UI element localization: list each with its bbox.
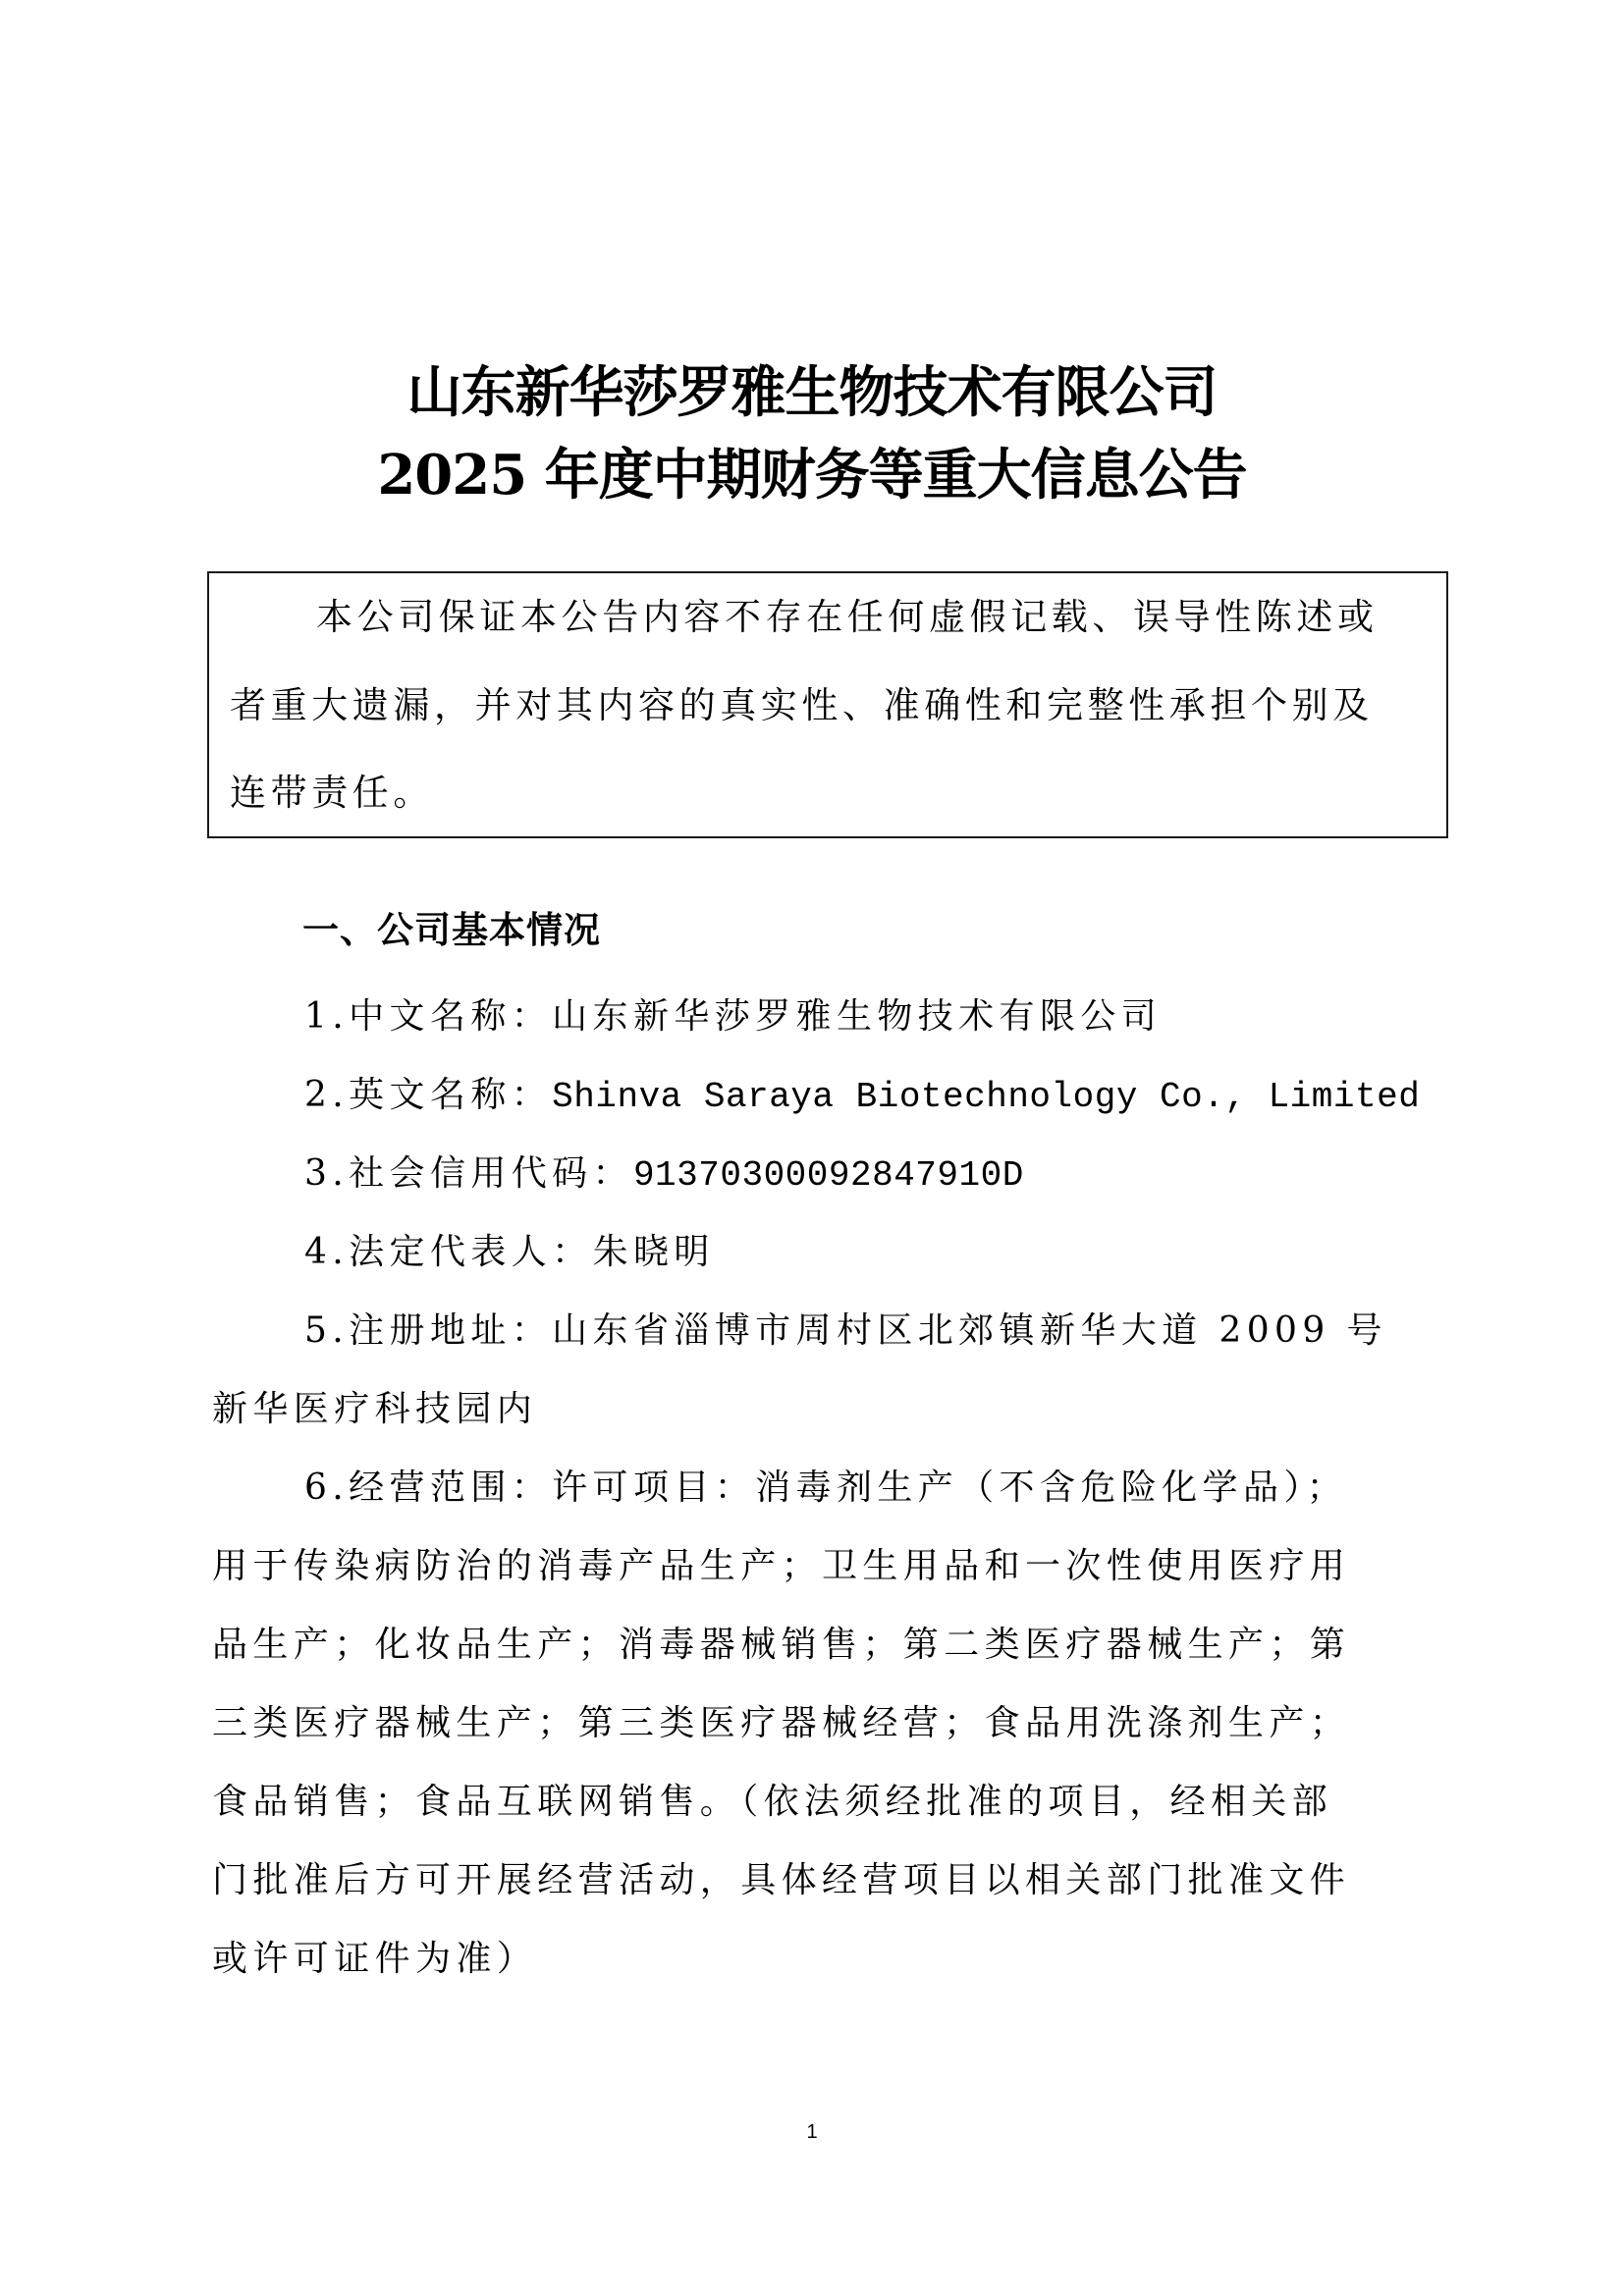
info-item-english-name: 2.英文名称：Shinva Saraya Biotechnology Co., … [304, 1074, 1420, 1119]
item-label: 3.社会信用代码： [304, 1153, 633, 1194]
info-item-chinese-name: 1.中文名称：山东新华莎罗雅生物技术有限公司 [304, 995, 1162, 1039]
disclaimer-line: 者重大遗漏，并对其内容的真实性、准确性和完整性承担个别及 [230, 684, 1374, 727]
item-label: 5.注册地址： [304, 1310, 552, 1351]
item-label: 4.法定代表人： [304, 1232, 593, 1272]
item-label: 6.经营范围： [304, 1468, 552, 1508]
item-value: 许可项目：消毒剂生产（不含危险化学品）； [552, 1468, 1347, 1508]
business-scope-line: 门批准后方可开展经营活动，具体经营项目以相关部门批准文件 [212, 1859, 1350, 1902]
info-item-registered-address-continued: 新华医疗科技园内 [212, 1388, 537, 1431]
business-scope-line: 用于传染病防治的消毒产品生产；卫生用品和一次性使用医疗用 [212, 1545, 1350, 1588]
info-item-registered-address: 5.注册地址：山东省淄博市周村区北郊镇新华大道 2009 号 [304, 1309, 1387, 1353]
item-value: 山东新华莎罗雅生物技术有限公司 [552, 996, 1162, 1037]
item-label: 1.中文名称： [304, 996, 552, 1037]
disclaimer-line: 本公司保证本公告内容不存在任何虚假记载、误导性陈述或 [316, 596, 1379, 639]
business-scope-line: 品生产；化妆品生产；消毒器械销售；第二类医疗器械生产；第 [212, 1624, 1350, 1667]
business-scope-line: 三类医疗器械生产；第三类医疗器械经营；食品用洗涤剂生产； [212, 1702, 1350, 1745]
document-title-line-1: 山东新华莎罗雅生物技术有限公司 [0, 361, 1624, 424]
disclaimer-box: 本公司保证本公告内容不存在任何虚假记载、误导性陈述或 者重大遗漏，并对其内容的真… [207, 571, 1448, 838]
page-number: 1 [0, 2120, 1624, 2144]
info-item-credit-code: 3.社会信用代码：91370300092847910D [304, 1152, 1024, 1198]
info-item-legal-representative: 4.法定代表人：朱晓明 [304, 1231, 715, 1274]
business-scope-line: 食品销售；食品互联网销售。（依法须经批准的项目，经相关部 [212, 1781, 1332, 1824]
business-scope-line: 或许可证件为准） [212, 1938, 537, 1981]
document-page: 山东新华莎罗雅生物技术有限公司 2025 年度中期财务等重大信息公告 本公司保证… [0, 0, 1624, 2296]
item-value: 山东省淄博市周村区北郊镇新华大道 2009 号 [552, 1310, 1387, 1351]
document-title-line-2: 2025 年度中期财务等重大信息公告 [0, 444, 1624, 507]
info-item-business-scope: 6.经营范围：许可项目：消毒剂生产（不含危险化学品）； [304, 1467, 1347, 1510]
item-value: 91370300092847910D [633, 1155, 1024, 1196]
section-heading-company-info: 一、公司基本情况 [302, 907, 601, 954]
disclaimer-line: 连带责任。 [230, 772, 434, 815]
item-label: 2.英文名称： [304, 1075, 552, 1115]
item-value: 朱晓明 [593, 1232, 715, 1272]
item-value: Shinva Saraya Biotechnology Co., Limited [552, 1077, 1420, 1117]
